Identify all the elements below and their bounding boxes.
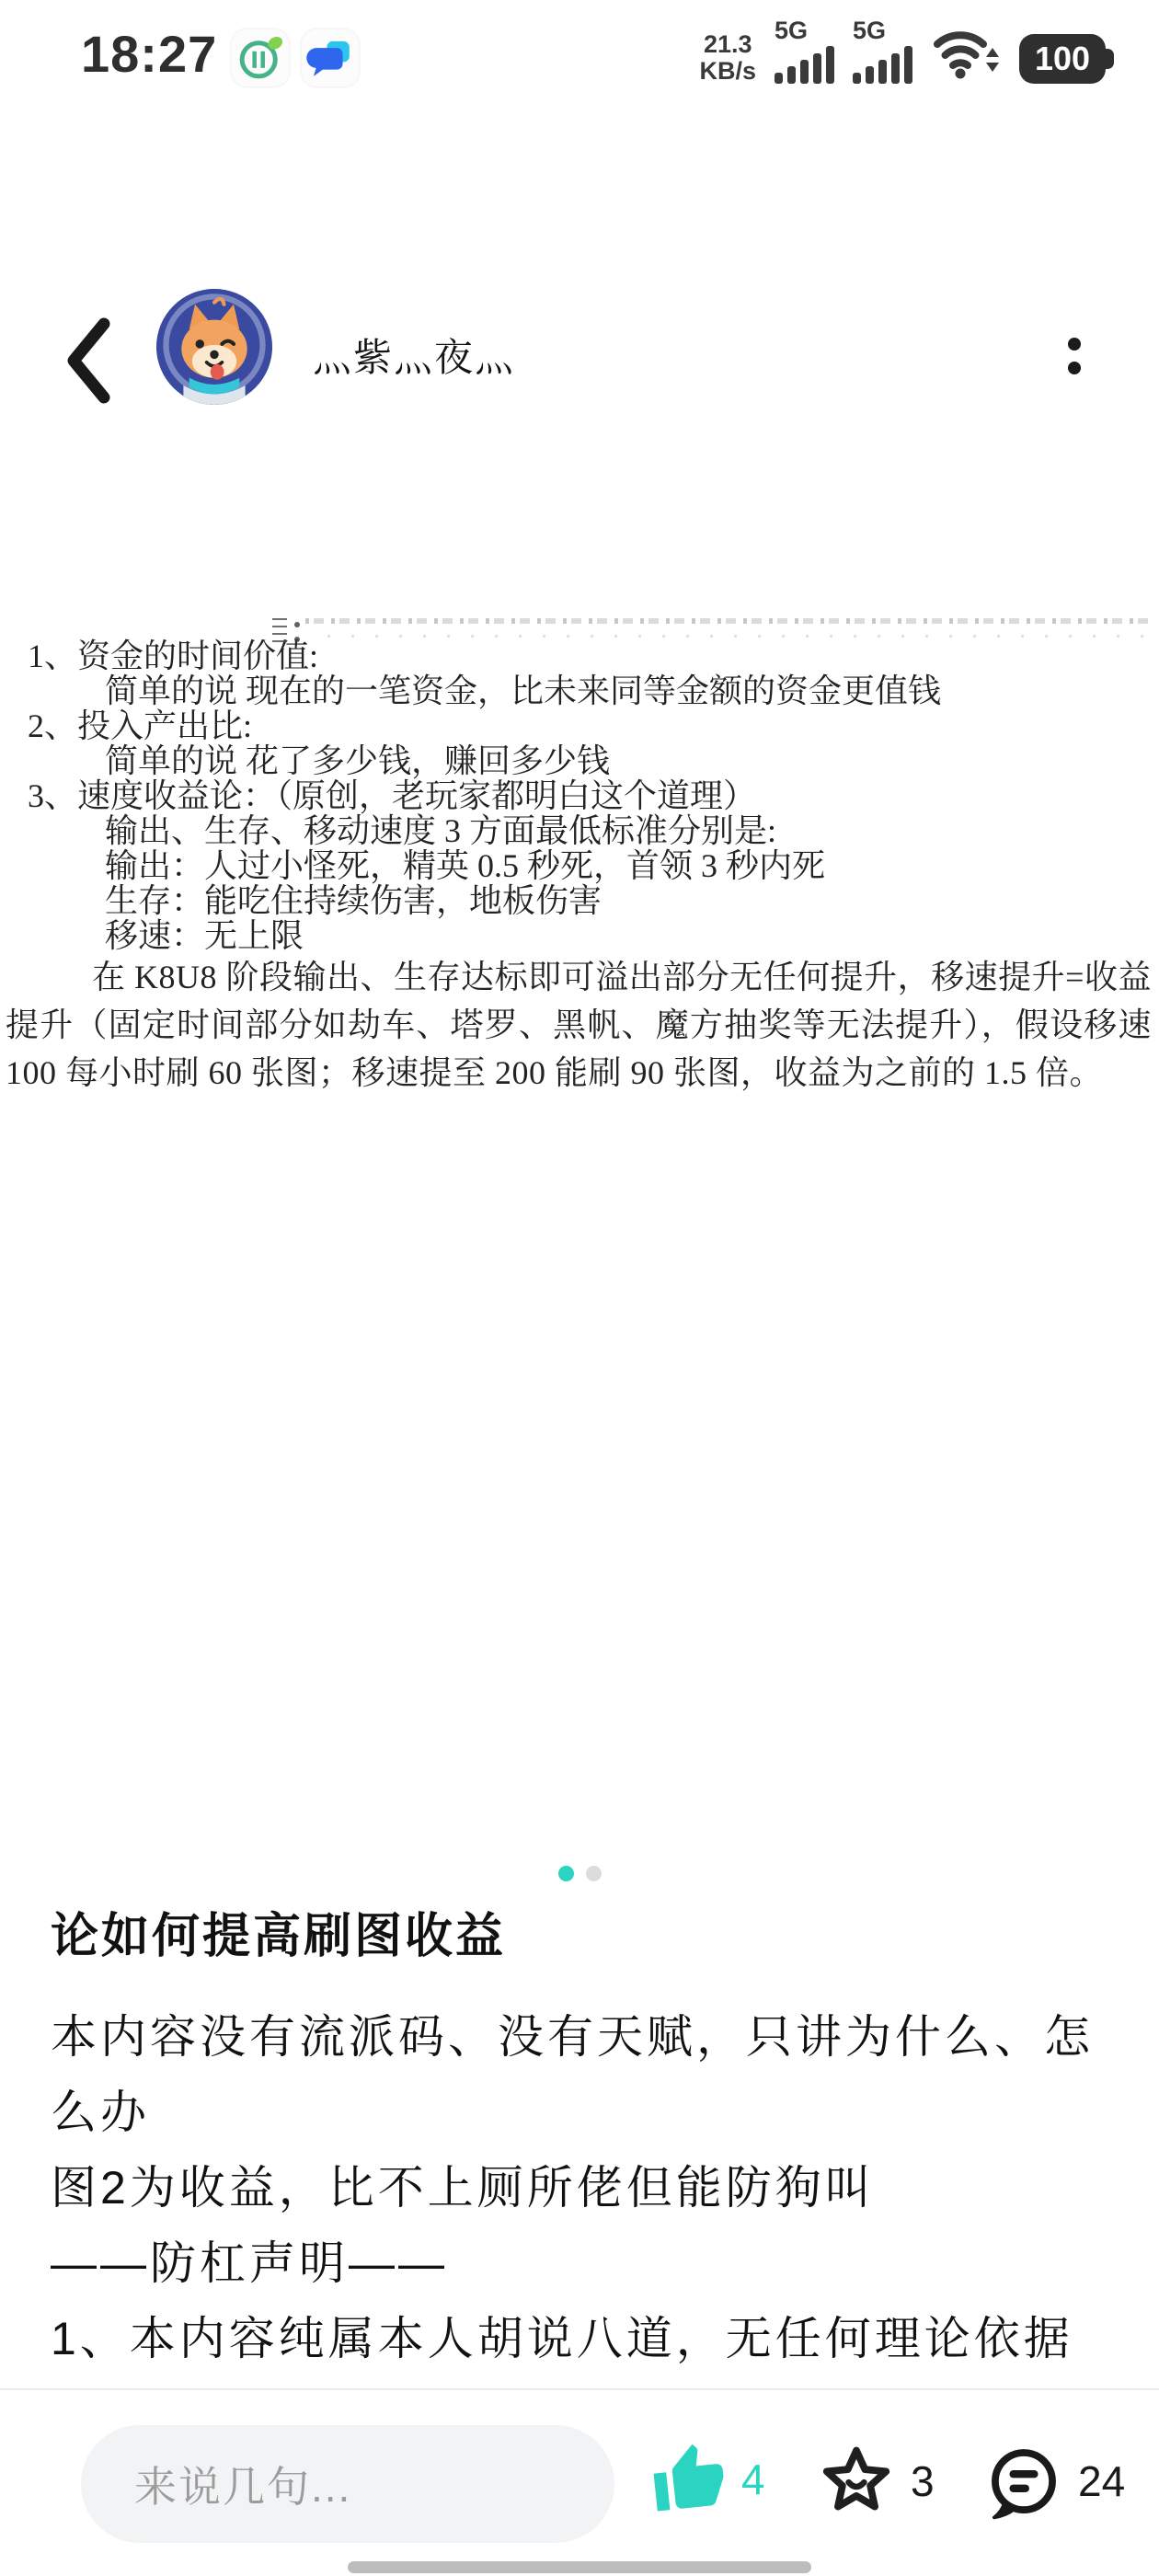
doc-line: 移速：无上限 bbox=[0, 918, 1159, 953]
like-count: 4 bbox=[741, 2455, 765, 2504]
doc-line: 简单的说 现在的一笔资金，比未来同等金额的资金更值钱 bbox=[0, 673, 1159, 708]
comment-placeholder: 来说几句... bbox=[134, 2454, 351, 2514]
doc-line: 输出、生存、移动速度 3 方面最低标准分别是: bbox=[0, 813, 1159, 848]
doc-line: 输出：人过小怪死，精英 0.5 秒死，首领 3 秒内死 bbox=[0, 848, 1159, 883]
home-indicator[interactable] bbox=[348, 2561, 811, 2573]
post-paragraph: 图2为收益，比不上厕所佬但能防狗叫 bbox=[51, 2150, 1108, 2225]
post-image-document[interactable]: 1、资金的时间价值: 简单的说 现在的一笔资金，比未来同等金额的资金更值钱 2、… bbox=[0, 570, 1159, 1097]
comment-count: 24 bbox=[1078, 2456, 1125, 2506]
network-speed: 21.3 KB/s bbox=[699, 31, 756, 86]
clock: 18:27 bbox=[81, 24, 217, 84]
cell-signal-bars-icon-sim1: 5G bbox=[775, 18, 834, 86]
post-header: 灬紫灬夜灬 bbox=[0, 138, 1159, 294]
comment-input[interactable]: 来说几句... bbox=[81, 2425, 614, 2543]
cropped-text-artifact bbox=[272, 615, 287, 642]
more-menu-button[interactable] bbox=[1047, 315, 1102, 397]
wifi-icon bbox=[931, 22, 1001, 86]
carousel-page-indicator bbox=[0, 1866, 1159, 1881]
network-speed-value: 21.3 bbox=[704, 31, 752, 57]
battery-level: 100 bbox=[1035, 40, 1090, 78]
post-paragraph: 本内容没有流派码、没有天赋，只讲为什么、怎么办 bbox=[51, 1999, 1108, 2150]
doc-line: 1、资金的时间价值: bbox=[0, 638, 1159, 673]
thumbs-up-filled-icon bbox=[648, 2438, 730, 2521]
cell-signal-bars-icon-sim2: 5G bbox=[853, 18, 912, 86]
battery-100-icon: 100 bbox=[1019, 34, 1106, 84]
page-dot-inactive bbox=[586, 1866, 602, 1881]
doc-paragraph: 在 K8U8 阶段输出、生存达标即可溢出部分无任何提升，移速提升=收益提升（固定… bbox=[0, 953, 1159, 1097]
back-button[interactable] bbox=[61, 315, 116, 407]
comments-button[interactable]: 24 bbox=[984, 2442, 1125, 2521]
doc-line: 3、速度收益论：（原创，老玩家都明白这个道理） bbox=[0, 778, 1159, 813]
blue-chat-bubbles-app-icon bbox=[302, 29, 359, 86]
cropped-text-line-2 bbox=[327, 635, 1153, 638]
cropped-text-line bbox=[305, 618, 1153, 624]
doc-line: 简单的说 花了多少钱，赚回多少钱 bbox=[0, 743, 1159, 778]
doc-line: 2、投入产出比: bbox=[0, 708, 1159, 743]
post-body: 本内容没有流派码、没有天赋，只讲为什么、怎么办 图2为收益，比不上厕所佬但能防狗… bbox=[51, 1999, 1108, 2452]
favorite-count: 3 bbox=[911, 2456, 935, 2506]
post-paragraph: ——防杠声明—— bbox=[51, 2225, 1108, 2301]
post-title: 论如何提高刷图收益 bbox=[51, 1897, 1108, 1966]
bottom-action-bar: 来说几句... 4 3 24 bbox=[0, 2388, 1159, 2576]
avatar[interactable] bbox=[156, 289, 272, 405]
favorite-button[interactable]: 3 bbox=[817, 2442, 935, 2521]
screen: 18:27 21.3 KB/s bbox=[0, 0, 1159, 2576]
speech-bubble-lines-icon bbox=[984, 2442, 1063, 2521]
sim1-network-type: 5G bbox=[775, 18, 808, 43]
document-text: 1、资金的时间价值: 简单的说 现在的一笔资金，比未来同等金额的资金更值钱 2、… bbox=[0, 570, 1159, 1097]
star-smile-outline-icon bbox=[817, 2442, 896, 2521]
status-bar: 18:27 21.3 KB/s bbox=[0, 0, 1159, 103]
page-dot-active bbox=[558, 1866, 574, 1881]
like-button[interactable]: 4 bbox=[651, 2442, 765, 2517]
notification-icons bbox=[232, 29, 359, 86]
author-username[interactable]: 灬紫灬夜灬 bbox=[313, 328, 515, 383]
network-speed-unit: KB/s bbox=[699, 58, 756, 84]
post-content: 论如何提高刷图收益 本内容没有流派码、没有天赋，只讲为什么、怎么办 图2为收益，… bbox=[51, 1897, 1108, 2452]
green-ring-app-icon bbox=[232, 29, 289, 86]
doc-line: 生存：能吃住持续伤害，地板伤害 bbox=[0, 883, 1159, 918]
status-right-cluster: 21.3 KB/s 5G 5G bbox=[699, 18, 1106, 86]
sim2-network-type: 5G bbox=[853, 18, 886, 43]
